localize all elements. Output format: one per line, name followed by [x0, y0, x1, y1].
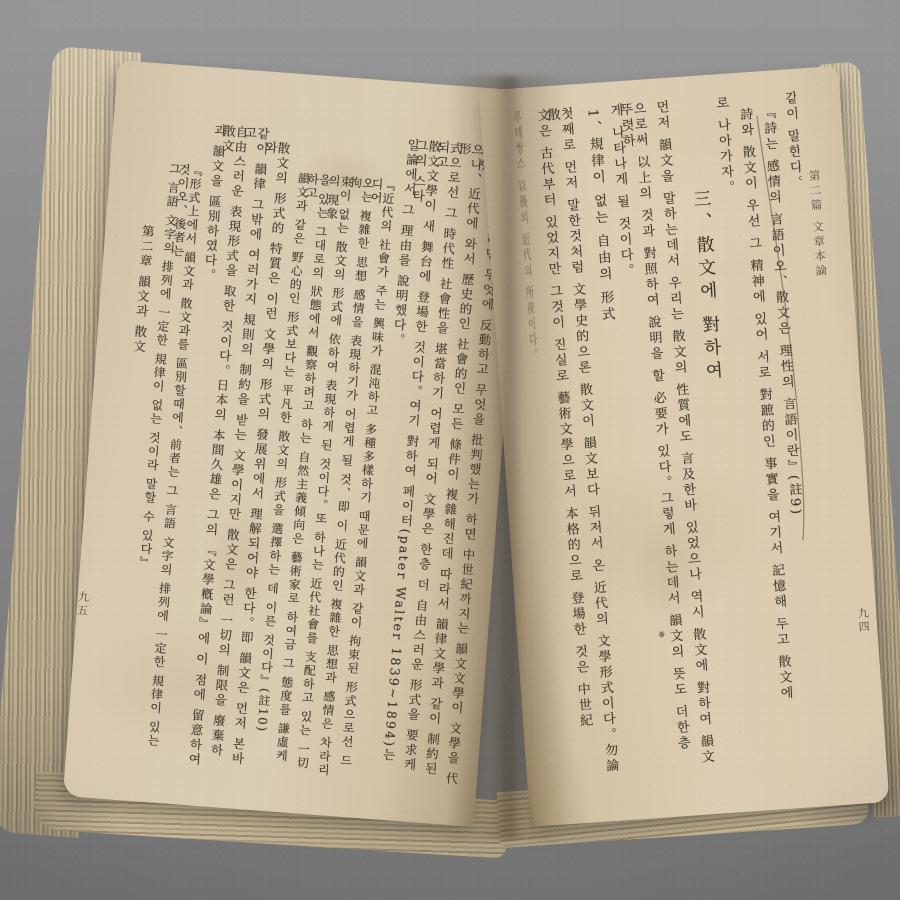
- left-page-text-block: 文學이다。그러면 무엇에 反動하고 무엇을 批判했는가 하면 中世紀까지는 韻文…: [74, 116, 505, 787]
- running-head: 第二篇 文章本論: [808, 169, 827, 279]
- right-page: 第二篇 文章本論 같이 말한다。 『詩는 感情의 言語이오、散文은 理性의 言語…: [479, 66, 890, 827]
- page-number-left: 九五: [76, 591, 89, 619]
- right-page-text-block: 같이 말한다。 『詩는 感情의 言語이오、散文은 理性의 言語이란』(註9) 詩…: [490, 91, 842, 781]
- page-number-right: 九四: [857, 607, 870, 635]
- book-photo: 文學이다。그러면 무엇에 反動하고 무엇을 批判했는가 하면 中世紀까지는 韻文…: [0, 0, 900, 900]
- left-page: 文學이다。그러면 무엇에 反動하고 무엇을 批判했는가 하면 中世紀까지는 韻文…: [63, 60, 529, 827]
